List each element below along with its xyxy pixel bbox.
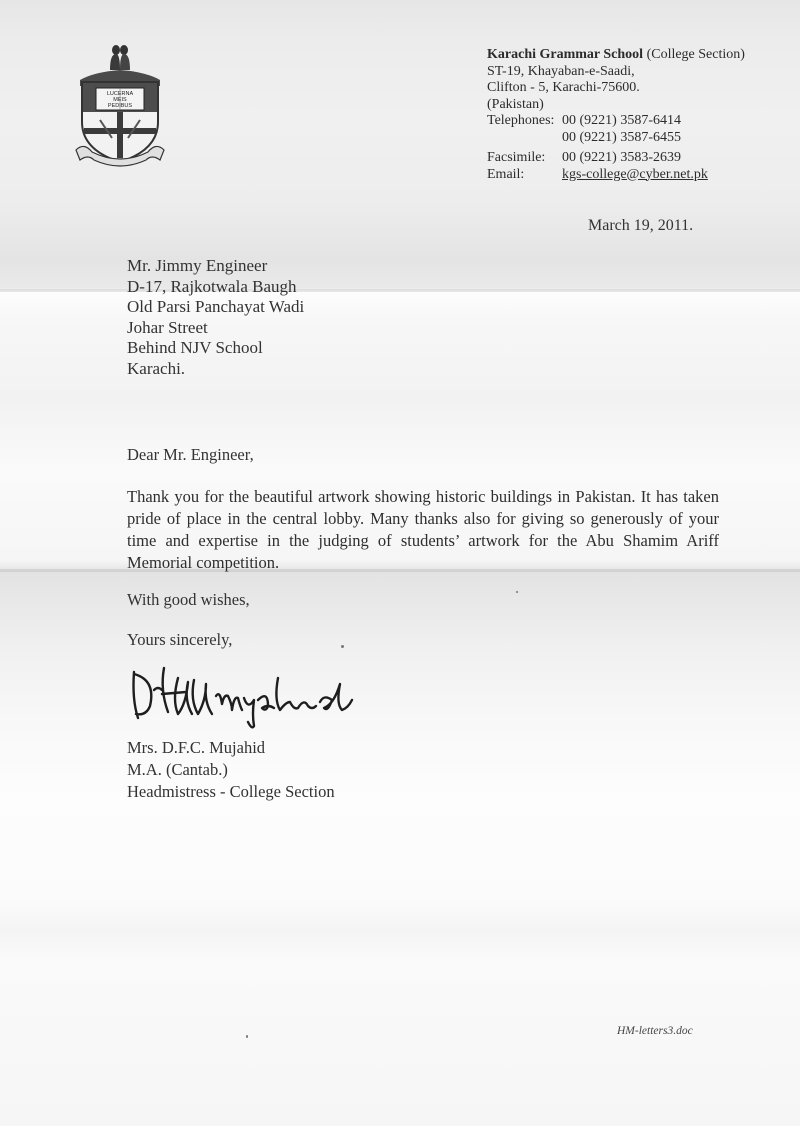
telephone-row: Telephones: 00 (9221) 3587-6414 — [487, 113, 745, 130]
email-row: Email: kgs-college@cyber.net.pk — [487, 167, 745, 184]
signatory-name: Mrs. D.F.C. Mujahid — [127, 737, 335, 759]
email-link[interactable]: kgs-college@cyber.net.pk — [562, 167, 708, 184]
address-line: Clifton - 5, Karachi-75600. — [487, 80, 745, 97]
school-section: (College Section) — [647, 47, 745, 62]
school-name: Karachi Grammar School — [487, 47, 643, 62]
school-name-line: Karachi Grammar School (College Section) — [487, 47, 745, 64]
recipient-line: Johar Street — [127, 318, 304, 339]
address-line: ST-19, Khayaban-e-Saadi, — [487, 64, 745, 81]
letterhead: Karachi Grammar School (College Section)… — [487, 47, 745, 183]
salutation: Dear Mr. Engineer, — [127, 445, 254, 465]
closing-wishes: With good wishes, — [127, 590, 250, 610]
recipient-address: Mr. Jimmy Engineer D-17, Rajkotwala Baug… — [127, 256, 304, 379]
email-label: Email: — [487, 167, 562, 184]
school-crest-logo: LUCERNA MEIS PEDIBUS — [74, 42, 166, 168]
letter-body: Thank you for the beautiful artwork show… — [127, 486, 719, 574]
letter-date: March 19, 2011. — [588, 217, 693, 235]
handwritten-signature — [128, 660, 388, 730]
telephone-number: 00 (9221) 3587-6414 — [562, 113, 681, 130]
paper-speck — [246, 1035, 248, 1038]
recipient-line: Mr. Jimmy Engineer — [127, 256, 304, 277]
closing-sign-off: Yours sincerely, — [127, 630, 232, 650]
telephone-number: 00 (9221) 3587-6455 — [562, 130, 681, 147]
facsimile-label: Facsimile: — [487, 150, 562, 167]
telephone-row: 00 (9221) 3587-6455 — [487, 130, 745, 147]
signatory-title: Headmistress - College Section — [127, 781, 335, 803]
recipient-line: D-17, Rajkotwala Baugh — [127, 277, 304, 298]
svg-text:PEDIBUS: PEDIBUS — [108, 103, 132, 109]
facsimile-number: 00 (9221) 3583-2639 — [562, 150, 681, 167]
address-line: (Pakistan) — [487, 97, 745, 114]
document-reference: HM-letters3.doc — [617, 1025, 693, 1037]
paper-fold — [0, 289, 800, 292]
paper-speck — [341, 645, 344, 648]
recipient-line: Karachi. — [127, 359, 304, 380]
paper-speck — [516, 591, 518, 593]
recipient-line: Behind NJV School — [127, 338, 304, 359]
signatory-block: Mrs. D.F.C. Mujahid M.A. (Cantab.) Headm… — [127, 737, 335, 803]
signatory-qualification: M.A. (Cantab.) — [127, 759, 335, 781]
facsimile-row: Facsimile: 00 (9221) 3583-2639 — [487, 150, 745, 167]
telephones-label: Telephones: — [487, 113, 562, 130]
recipient-line: Old Parsi Panchayat Wadi — [127, 297, 304, 318]
